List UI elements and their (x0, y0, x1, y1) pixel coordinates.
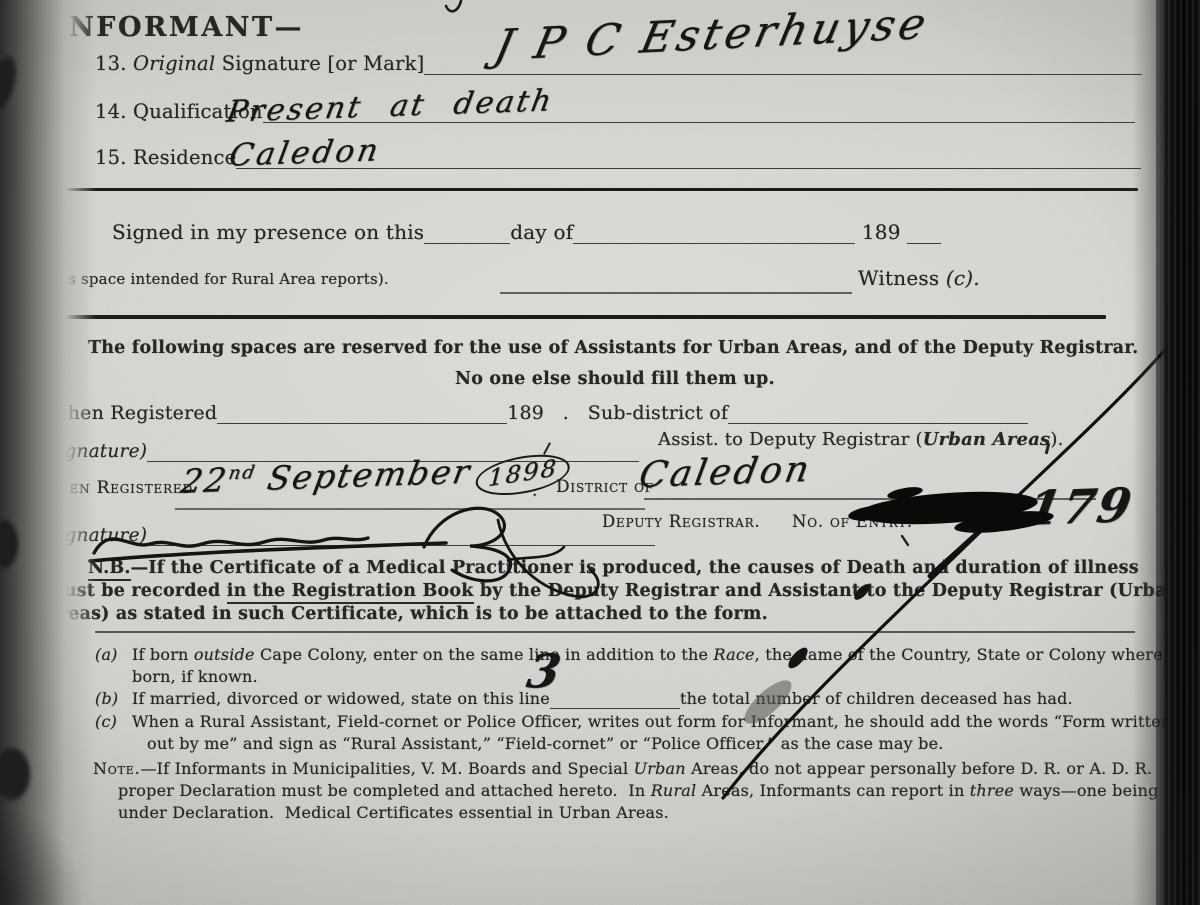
note-marker: Note. (93, 759, 140, 778)
nb-label: N.B. (88, 558, 131, 581)
footnote-a-text-2: Cape Colony, enter on the same line in a… (255, 645, 714, 664)
registered-month: September (252, 452, 475, 498)
witness-blank-line (500, 292, 852, 294)
scanned-death-register-page: INFORMANT— 13. Original Signature [or Ma… (0, 0, 1200, 905)
registered-day: 22 (178, 460, 231, 501)
signature-row-2: (Signature) (38, 527, 655, 546)
presence-day-blank (424, 239, 510, 244)
when-registered-row: When Registered189 . Sub-district of (48, 404, 1028, 424)
signed-presence-text: Signed in my presence on this (112, 220, 424, 244)
note-text-4: Areas, Informants can report in (696, 781, 969, 800)
assist-label: Assist. to Deputy Registrar ( (658, 429, 923, 450)
registered-date-line (175, 508, 645, 510)
note-three: three (970, 781, 1014, 800)
deputy-registrar-label: Deputy Registrar. (602, 514, 760, 531)
footnote-b-text-2: the total number of children deceased ha… (680, 689, 1073, 708)
note-rural: Rural (651, 781, 697, 800)
footnote-b-line: If married, divorced or widowed, state o… (132, 691, 1073, 709)
day-of-label: day of (510, 220, 573, 244)
fill-notice: No one else should fill them up. (455, 371, 775, 389)
presence-year-prefix: 189 (862, 220, 901, 244)
footnote-note-line-1: Note.—If Informants in Municipalities, V… (93, 761, 1152, 777)
note-text-3: proper Declaration must be completed and… (118, 781, 651, 800)
footnote-a-outside: outside (194, 645, 255, 664)
children-count-blank (550, 704, 680, 709)
note-text-2: Areas, do not appear personally before D… (686, 759, 1152, 778)
footnote-b-marker: (b) (95, 691, 118, 707)
item13-label: Signature [or Mark] (215, 52, 424, 75)
signature-label-1: (Signature) (38, 441, 147, 462)
signature-blank-line (424, 70, 1142, 75)
footnote-a-line-2: born, if known. (132, 669, 258, 685)
nb-line-3: Areas) as stated in such Certificate, wh… (45, 606, 768, 624)
rural-area-note: (This space intended for Rural Area repo… (37, 272, 389, 287)
footnote-note-line-3: under Declaration. Medical Certificates … (118, 805, 669, 821)
footnote-divider-rule (95, 631, 1135, 633)
district-handwriting: Caledon (636, 452, 814, 494)
section-divider-rule (54, 188, 1138, 191)
witness-label-row: Witness (c). (858, 268, 980, 288)
nb-line-1: N.B.—If the Certificate of a Medical Pra… (88, 560, 1139, 578)
residence-handwriting: Caledon (227, 135, 383, 171)
when-registered-blank (217, 419, 507, 424)
when-registered-caps-label: When Registered (40, 480, 193, 497)
assist-label-end: ). (1050, 429, 1063, 450)
registered-year: 1898 (487, 454, 558, 492)
witness-label: Witness (858, 266, 946, 290)
presence-year-blank (907, 239, 941, 244)
signature-blank-2 (147, 541, 655, 546)
entry-number-handwriting: 179 (1023, 482, 1136, 533)
item14-number: 14. (95, 100, 127, 123)
nb-text-2a: must be recorded (45, 581, 227, 601)
assist-registrar-row: Assist. to Deputy Registrar (Urban Areas… (658, 431, 1064, 449)
registered-year-prefix: 189 (507, 402, 544, 424)
item13-number: 13. (95, 52, 127, 75)
presence-month-blank (573, 239, 855, 244)
signature-label-2: (Signature) (38, 525, 147, 546)
no-of-entry-label: No. of Entry. (792, 514, 913, 531)
nb-text-underlined: in the Registration Book (227, 581, 474, 604)
footnote-note-line-2: proper Declaration must be completed and… (118, 783, 1159, 799)
section-divider-rule-2 (28, 315, 1106, 319)
item15-label: Residence (133, 146, 236, 169)
district-blank-line (644, 498, 1096, 500)
section-heading-informant: INFORMANT— (54, 14, 304, 41)
sub-district-blank (728, 419, 1028, 424)
item15-number: 15. (95, 146, 127, 169)
note-text-1: —If Informants in Municipalities, V. M. … (140, 759, 633, 778)
note-urban: Urban (634, 759, 686, 778)
signed-presence-row: Signed in my presence on thisday of 189 (112, 222, 941, 244)
footnote-c-line-2: out by me” and sign as “Rural Assistant,… (147, 736, 944, 752)
footnote-a-text-1: If born (132, 645, 194, 664)
nb-text-1: —If the Certificate of a Medical Practit… (131, 558, 1139, 578)
footnote-a-text-3: , the name of the Country, State or Colo… (755, 645, 1163, 664)
assist-label-urban-areas: Urban Areas (923, 429, 1051, 450)
footnote-b-text-1: If married, divorced or widowed, state o… (132, 689, 550, 708)
footnote-a-race: Race (713, 645, 754, 664)
footnote-a-line-1: If born outside Cape Colony, enter on th… (132, 647, 1163, 663)
footnote-a-marker: (a) (95, 647, 118, 663)
when-registered-label: When Registered (48, 402, 217, 424)
item13-label-original: Original (133, 52, 215, 75)
note-text-5: ways—one being (1014, 781, 1158, 800)
nb-text-2b: by the Deputy Registrar and Assistant to… (474, 581, 1180, 601)
footnote-c-marker: (c) (95, 714, 117, 730)
nb-line-2: must be recorded in the Registration Boo… (45, 583, 1179, 601)
witness-ref: (c). (946, 266, 980, 290)
footnote-c-line-1: When a Rural Assistant, Field-cornet or … (132, 714, 1171, 730)
sub-district-label: Sub-district of (588, 402, 728, 424)
reserved-notice: The following spaces are reserved for th… (88, 340, 1138, 358)
